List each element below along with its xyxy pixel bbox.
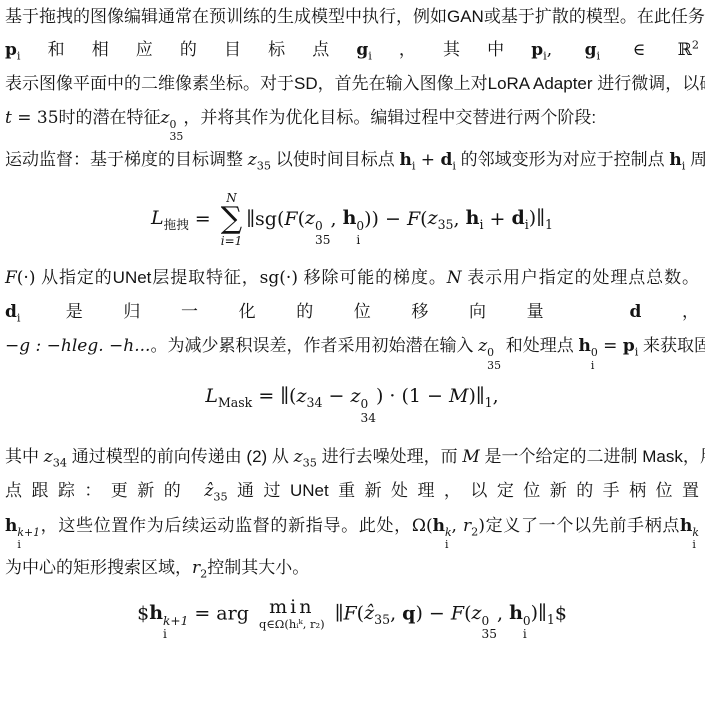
paragraph-mask-description: 其中 z34 通过模型的前向传递由 (2) 从 z35 进行去噪处理，而 M 是… [5, 440, 699, 474]
equation-drag-loss: L拖拽 = N∑i=1∥sg(F(z035, h0i)) − F(z35, hi… [5, 192, 699, 248]
equation-point-tracking: $hk+1i = arg minq∈Ω(hᵢᵏ, r₂) ∥F(ẑ35, q) … [5, 598, 699, 643]
paragraph-point-tracking: 点跟踪：更新的 ẑ35通过UNet重新处理，以定位新的手柄位置hk+1i，这些位… [5, 474, 699, 585]
document-page: 基于拖拽的图像编辑通常在预训练的生成模型中执行，例如GAN或基于扩散的模型。在此… [0, 0, 705, 642]
paragraph-notation-details: F(·) 从指定的UNet层提取特征，sg(·) 移除可能的梯度。N 表示用户指… [5, 261, 699, 372]
paragraph-motion-supervision: 运动监督：基于梯度的目标调整 z35 以使时间目标点 hi + di 的邻域变形… [5, 143, 699, 177]
equation-mask-loss: LMask = ∥(z34 − z034) · (1 − M)∥1, [5, 385, 699, 425]
paragraph-intro: 基于拖拽的图像编辑通常在预训练的生成模型中执行，例如GAN或基于扩散的模型。在此… [5, 0, 699, 143]
